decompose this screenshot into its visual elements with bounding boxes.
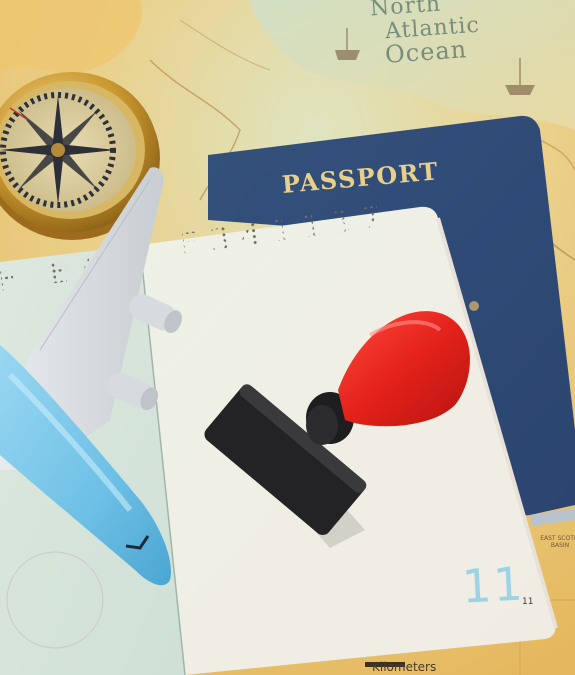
photo-scene: North Atlantic Ocean PASSPORT — [0, 0, 575, 675]
toy-airplane — [0, 0, 575, 675]
